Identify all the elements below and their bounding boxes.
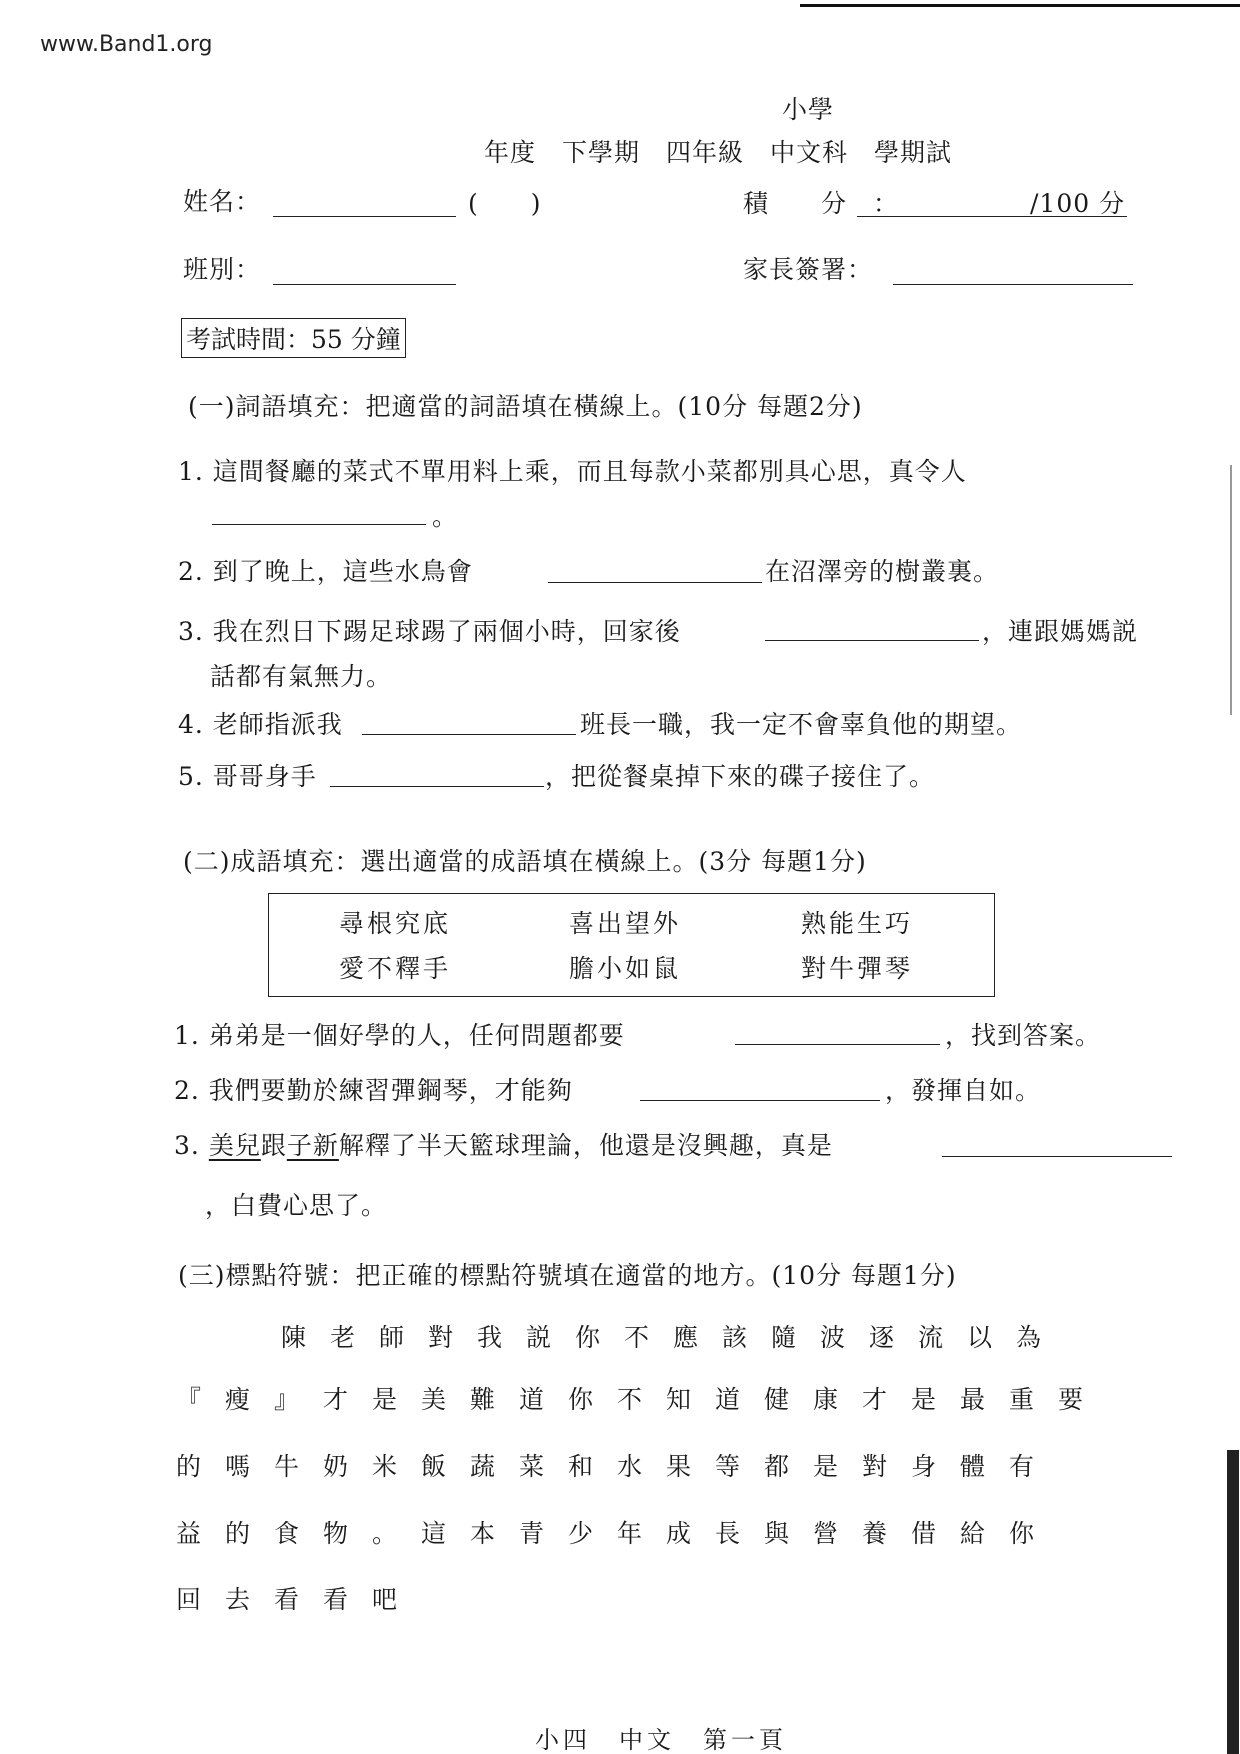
score-total: /100 分 [1030,184,1125,220]
section3-title: (三)標點符號：把正確的標點符號填在適當的地方。(10分 每題1分) [178,1256,957,1292]
s1-q1-end: 。 [432,497,458,533]
idiom-option: 對牛彈琴 [801,949,913,985]
school-name: 小學 [782,90,834,126]
s1-q2-blank[interactable] [548,556,762,583]
s2-q3-connector: 跟 [261,1131,287,1160]
section1-title: (一)詞語填充：把適當的詞語填在橫線上。(10分 每題2分) [188,387,863,423]
s2-q2-blank[interactable] [640,1074,880,1101]
s1-q1-text: 1. 這間餐廳的菜式不單用料上乘，而且每款小菜都別具心思，真令人 [178,452,967,488]
scan-edge-line [800,4,1240,7]
s2-q1-end: ，找到答案。 [945,1016,1101,1052]
punctuation-passage-line: 『瘦』才是美難道你不知道健康才是最重要 [176,1380,1107,1416]
exam-title: 年度 下學期 四年級 中文科 學期試 [484,133,952,169]
page-footer: 小四 中文 第一頁 [535,1720,787,1754]
s2-q3-num: 3. [174,1131,209,1160]
watermark-link[interactable]: www.Band1.org [40,32,213,57]
s2-q2-end: ，發揮自如。 [885,1071,1041,1107]
class-field[interactable] [273,258,456,285]
s1-q4-end: 班長一職，我一定不會辜負他的期望。 [580,705,1022,741]
punctuation-passage-line: 益的食物。這本青少年成長與營養借給你 [176,1514,1058,1550]
idiom-choice-box: 尋根究底 喜出望外 熟能生巧 愛不釋手 膽小如鼠 對牛彈琴 [268,893,995,997]
s2-q3-end: ，白費心思了。 [205,1186,387,1222]
punctuation-passage-line: 陳老師對我説你不應該隨波逐流以為 [281,1318,1065,1354]
idiom-option: 尋根究底 [339,904,451,940]
class-number-paren: ( ) [468,184,542,220]
proper-name-zixin: 子新 [287,1131,339,1160]
s1-q3-mid: ，連跟媽媽説 [982,612,1138,648]
idiom-option: 膽小如鼠 [569,949,681,985]
scan-edge-shadow [1227,1450,1239,1754]
name-label: 姓名： [183,182,261,218]
class-label: 班別： [183,250,261,286]
s1-q3-cont: 話都有氣無力。 [210,657,392,693]
s1-q5-end: ，把從餐桌掉下來的碟子接住了。 [545,757,935,793]
s2-q1-text: 1. 弟弟是一個好學的人，任何問題都要 [174,1016,625,1052]
s1-q2-text: 2. 到了晚上，這些水鳥會 [178,552,473,588]
punctuation-passage-line: 回去看看吧 [176,1580,421,1616]
s2-q2-text: 2. 我們要勤於練習彈鋼琴，才能夠 [174,1071,573,1107]
s1-q1-blank[interactable] [212,498,426,525]
exam-time-box: 考試時間：55 分鐘 [181,318,406,358]
parent-signature-field[interactable] [893,258,1133,285]
s1-q4-blank[interactable] [362,708,576,735]
parent-signature-label: 家長簽署： [743,250,873,286]
idiom-option: 愛不釋手 [339,949,451,985]
s1-q3-text: 3. 我在烈日下踢足球踢了兩個小時，回家後 [178,612,681,648]
idiom-option: 熟能生巧 [801,904,913,940]
s2-q1-blank[interactable] [735,1018,940,1045]
proper-name-meier: 美兒 [209,1131,261,1160]
section2-title: (二)成語填充：選出適當的成語填在橫線上。(3分 每題1分) [183,842,867,878]
name-field[interactable] [273,190,456,217]
idiom-option: 喜出望外 [569,904,681,940]
s2-q3-blank[interactable] [942,1130,1172,1157]
s1-q5-blank[interactable] [330,760,544,787]
s1-q3-blank[interactable] [765,614,979,641]
s1-q4-text: 4. 老師指派我 [178,705,343,741]
s2-q3-text: 3. 美兒跟子新解釋了半天籃球理論，他還是沒興趣，真是 [174,1126,833,1162]
scan-edge-mark [1230,465,1232,715]
s1-q2-end: 在沼澤旁的樹叢裏。 [765,552,999,588]
punctuation-passage-line: 的嗎牛奶米飯蔬菜和水果等都是對身體有 [176,1447,1058,1483]
s2-q3-body: 解釋了半天籃球理論，他還是沒興趣，真是 [339,1131,833,1160]
s1-q5-text: 5. 哥哥身手 [178,757,317,793]
